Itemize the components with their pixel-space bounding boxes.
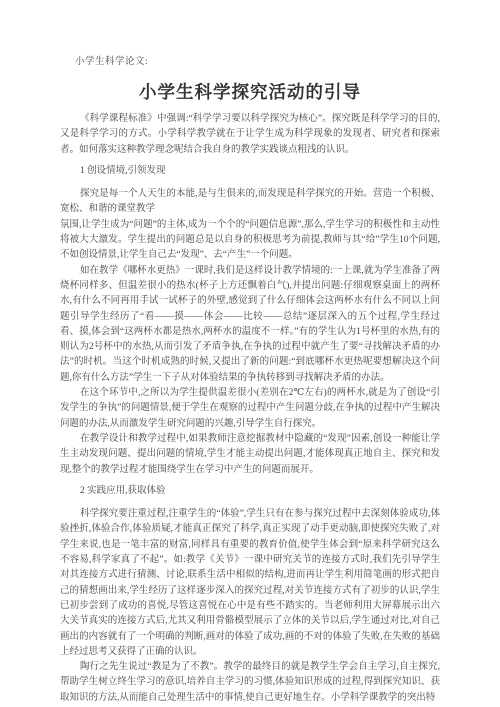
section-2-paragraph-1: 科学探究要注重过程,注重学生的“体验”,学生只有在参与探究过程中去深刻体验成功,…: [60, 507, 440, 660]
section-1-paragraph-4: 在这个环节中,之所以为学生提供温差很小(差别在2℃左右)的两杯水,就是为了创设“…: [60, 386, 440, 432]
section-1-paragraph-1: 探究是每一个人天生的本能,是与生俱来的,而发现是科学探究的开始。营造一个积极、宽…: [60, 187, 440, 218]
section-2-paragraph-2: 陶行之先生说过“教是为了不教”。教学的最终目的就是教学生学会自主学习,自主探究,…: [60, 660, 440, 706]
section-1-paragraph-2: 氛围,让学生成为“问题”的主体,成为一个个的“问题信息源”,那么,学生学习的积极…: [60, 218, 440, 264]
document-kicker: 小学生科学论文:: [75, 57, 440, 68]
section-1-paragraph-5: 在教学设计和教学过程中,如果教师注意挖掘教材中隐藏的“发现”因素,创设一种能让学…: [60, 432, 440, 478]
section-2-heading: 2 实践应用,获取体验: [60, 484, 440, 499]
document-page: 小学生科学论文: 小学生科学探究活动的引导 《科学课程标准》中强调:“科学学习要…: [0, 0, 500, 707]
section-1-heading: 1 创设情境,引领发现: [60, 164, 440, 179]
document-body: 《科学课程标准》中强调:“科学学习要以科学探究为核心”。探究既是科学学习的目的,…: [60, 112, 440, 706]
intro-paragraph: 《科学课程标准》中强调:“科学学习要以科学探究为核心”。探究既是科学学习的目的,…: [60, 112, 440, 158]
document-content: 小学生科学论文: 小学生科学探究活动的引导 《科学课程标准》中强调:“科学学习要…: [60, 57, 440, 706]
document-title: 小学生科学探究活动的引导: [60, 82, 440, 103]
section-1-paragraph-3: 如在教学《哪杯水更热》一课时,我们是这样设计教学情境的:一上课,就为学生准备了两…: [60, 264, 440, 386]
